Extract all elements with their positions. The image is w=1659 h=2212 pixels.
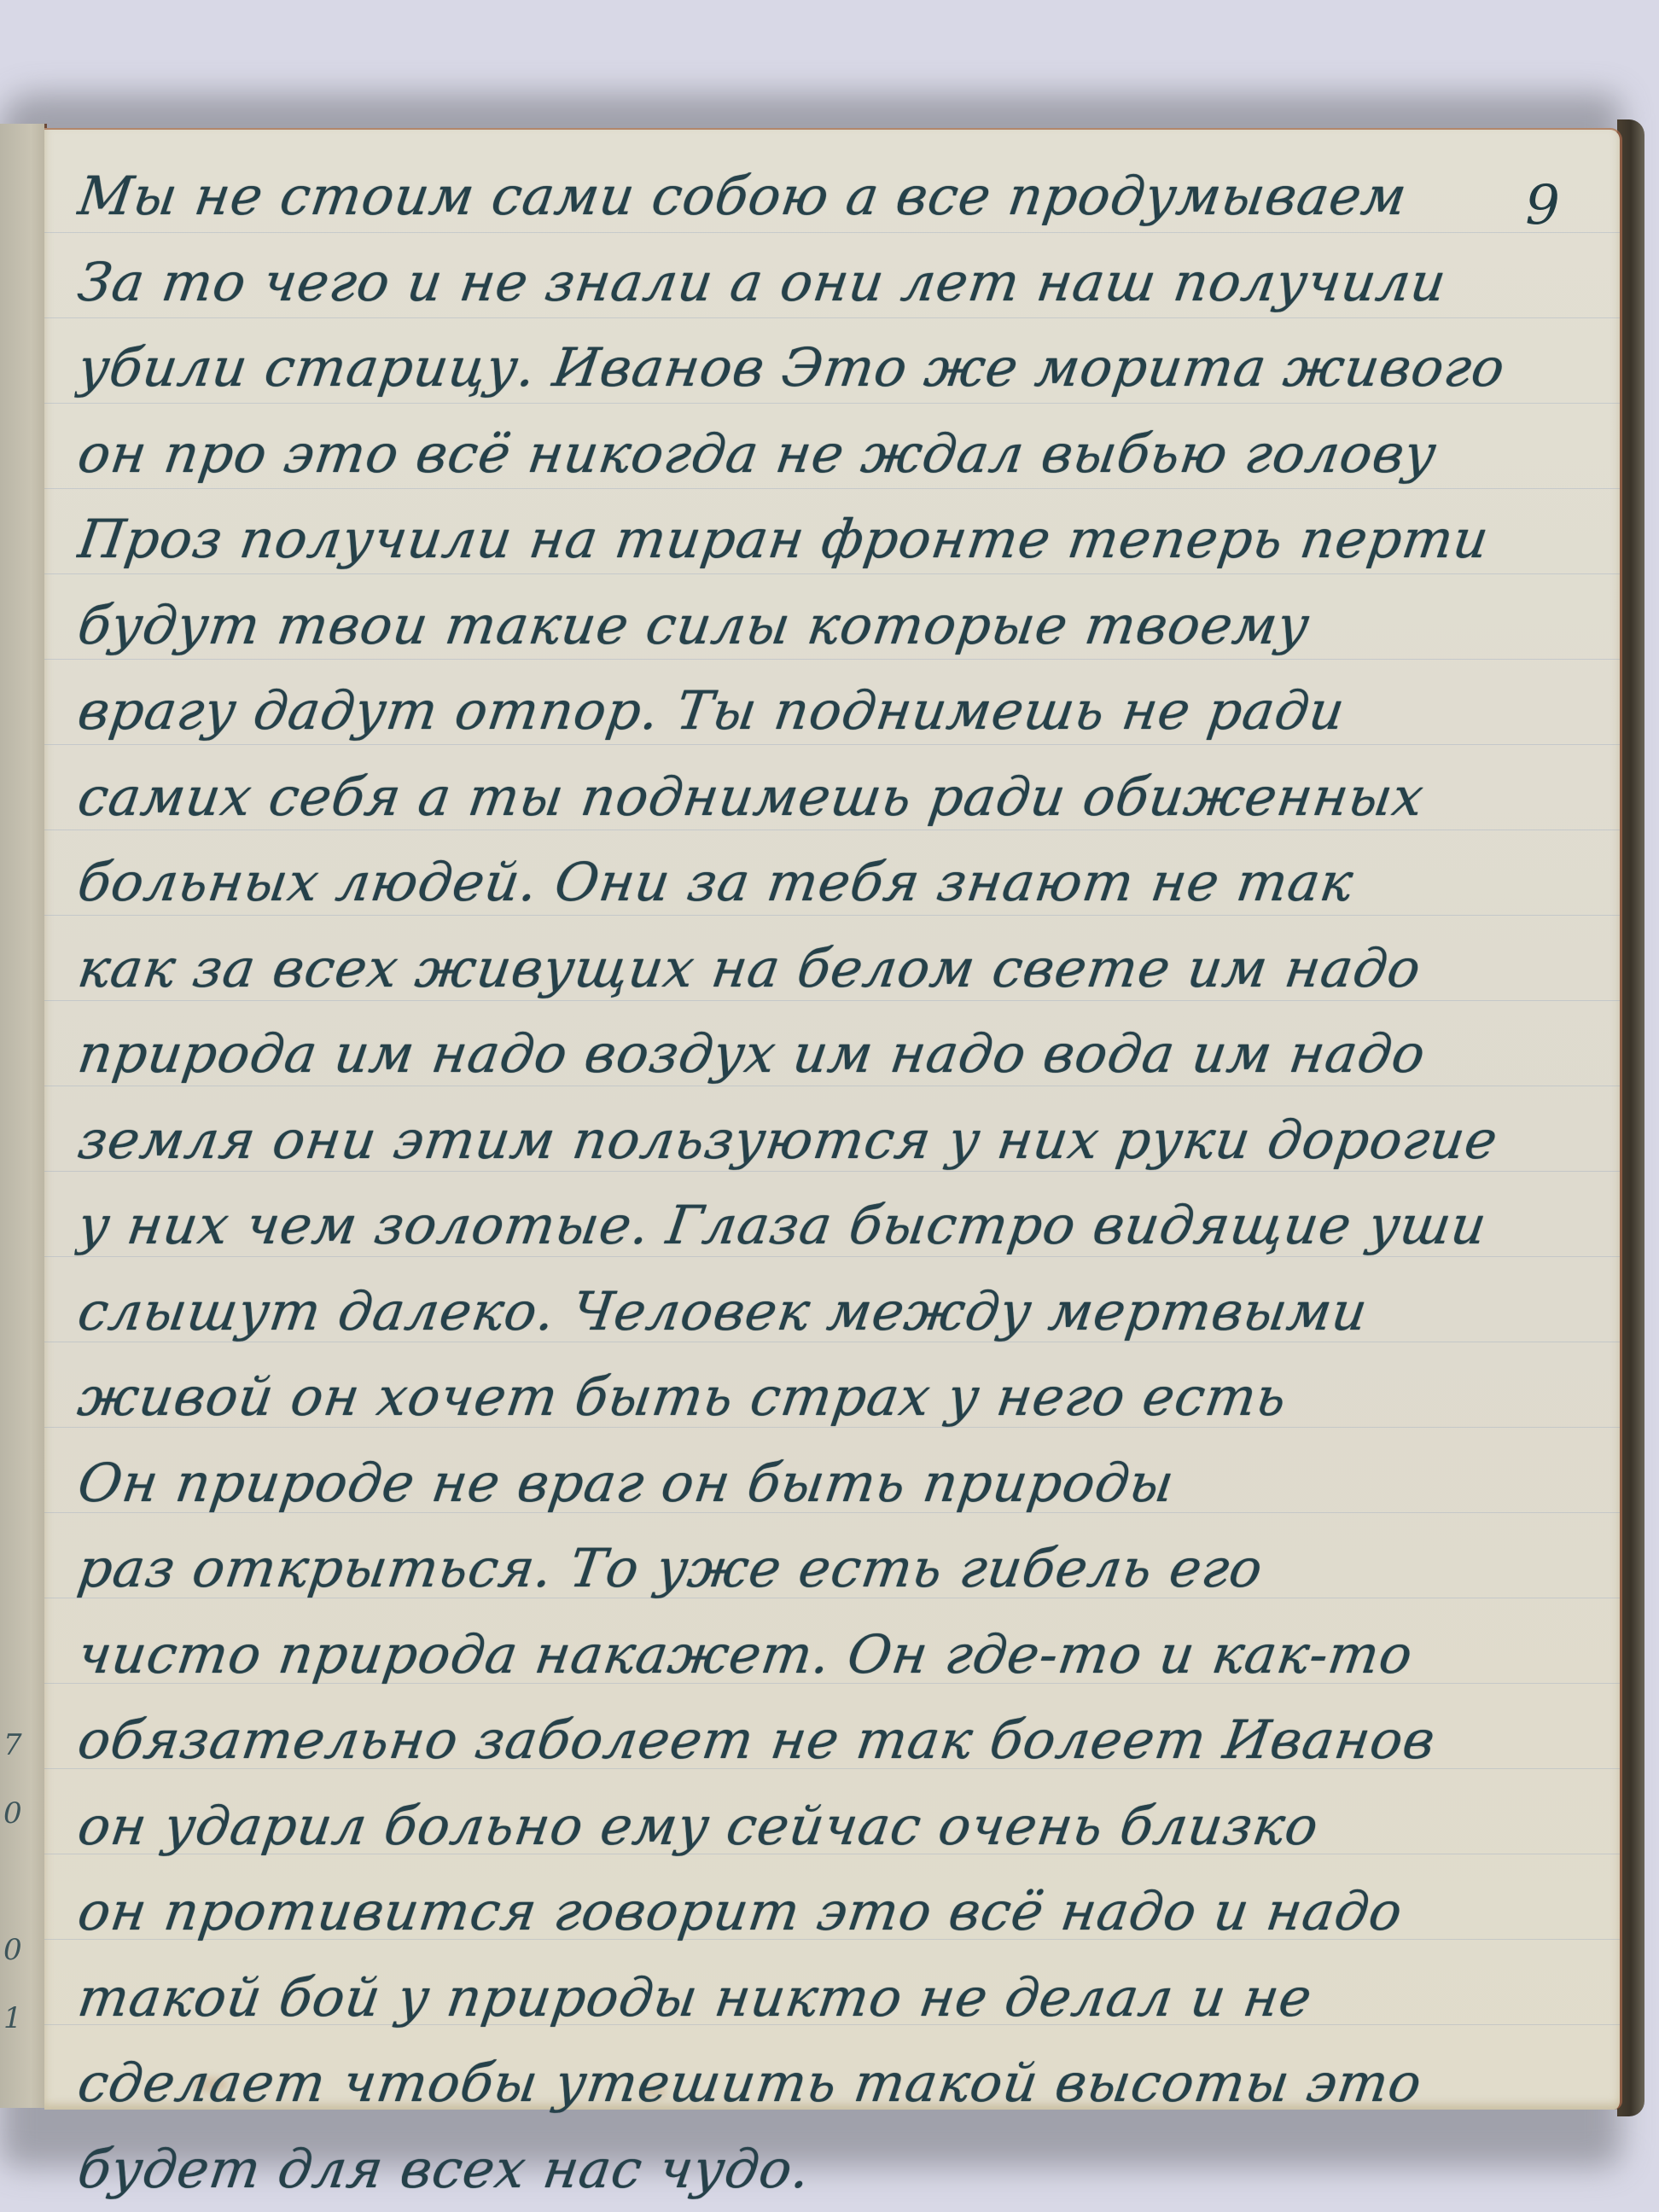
handwritten-line: врагу дадут отпор. Ты поднимешь не ради [73, 668, 1586, 754]
previous-page-edge: 7 0 0 1 [0, 124, 47, 2108]
handwritten-line: будет для всех нас чудо. [73, 2127, 1586, 2212]
handwritten-text: Мы не стоим сами собою а все продумываем… [79, 154, 1580, 2212]
handwritten-line: он ударил больно ему сейчас очень близко [73, 1784, 1586, 1870]
handwritten-line: самих себя а ты поднимешь ради обиженных [73, 754, 1586, 841]
handwritten-line: природа им надо воздух им надо вода им н… [73, 1011, 1586, 1097]
handwritten-line: Он природе не враг он быть природы [73, 1441, 1586, 1527]
notebook-page: 9 Мы не стоим сами собою а все продумыва… [44, 128, 1622, 2110]
handwritten-line: будут твои такие силы которые твоему [73, 583, 1586, 669]
handwritten-line: чисто природа накажет. Он где-то и как-т… [73, 1612, 1586, 1698]
handwritten-line: живой он хочет быть страх у него есть [73, 1354, 1586, 1441]
handwritten-line: он про это всё никогда не ждал выбью гол… [73, 411, 1586, 498]
handwritten-line: такой бой у природы никто не делал и не [73, 1955, 1586, 2041]
margin-mark: 0 [3, 1933, 22, 1967]
margin-mark: 1 [3, 2001, 22, 2035]
handwritten-line: обязательно заболеет не так болеет Ивано… [73, 1697, 1586, 1784]
handwritten-line: Мы не стоим сами собою а все продумываем [73, 154, 1586, 240]
handwritten-line: слышут далеко. Человек между мертвыми [73, 1269, 1586, 1355]
handwritten-line: как за всех живущих на белом свете им на… [73, 926, 1586, 1012]
handwritten-line: убили старицу. Иванов Это же морита живо… [73, 325, 1586, 411]
handwritten-line: раз открыться. То уже есть гибель его [73, 1526, 1586, 1612]
handwritten-line: больных людей. Они за тебя знают не так [73, 840, 1586, 926]
handwritten-line: Проз получили на тиран фронте теперь пер… [73, 497, 1586, 583]
handwritten-line: земля они этим пользуются у них руки дор… [73, 1097, 1586, 1184]
margin-mark: 7 [3, 1728, 22, 1762]
handwritten-line: он противится говорит это всё надо и над… [73, 1869, 1586, 1955]
handwritten-line: За то чего и не знали а они лет наш полу… [73, 240, 1586, 326]
margin-mark: 0 [3, 1796, 22, 1831]
handwritten-line: у них чем золотые. Глаза быстро видящие … [73, 1183, 1586, 1269]
handwritten-line: сделает чтобы утешить такой высоты это [73, 2040, 1586, 2127]
